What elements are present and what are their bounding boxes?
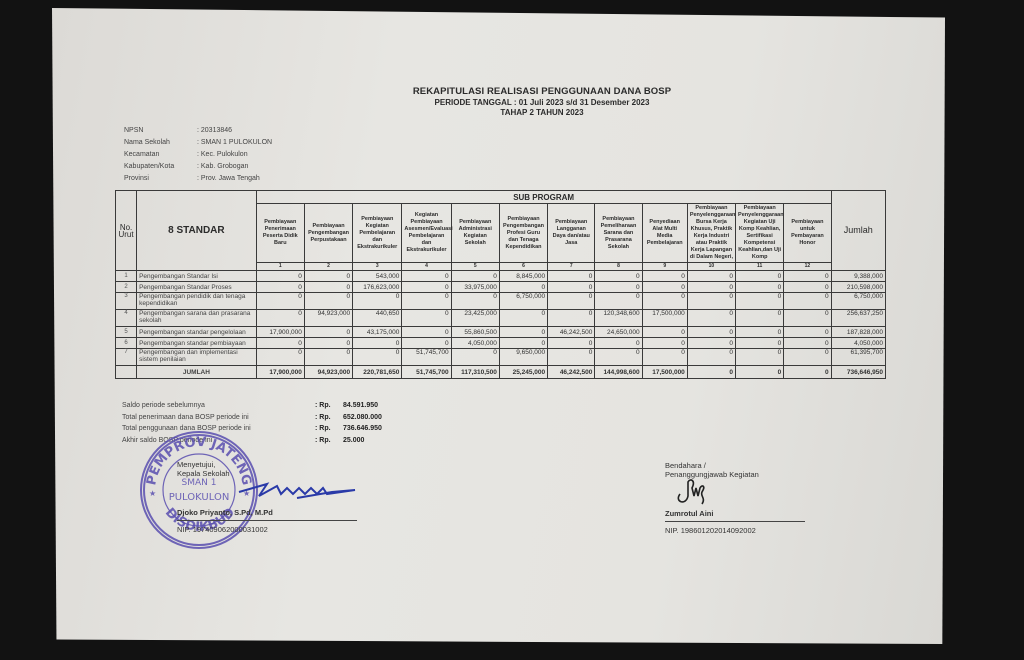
cell-value: 0	[256, 310, 304, 327]
column-total: 17,900,000	[256, 366, 304, 379]
info-value: : Prov. Jawa Tengah	[197, 173, 260, 185]
cell-value: 0	[595, 271, 642, 282]
summary-row: Saldo periode sebelumnya: Rp.84.591.950	[122, 400, 382, 412]
document: REKAPITULASI REALISASI PENGGUNAAN DANA B…	[52, 8, 945, 644]
cell-value: 0	[736, 271, 784, 282]
cell-value: 0	[642, 293, 687, 310]
cell-value: 0	[256, 282, 304, 293]
grand-total: 736,646,950	[831, 366, 885, 379]
cell-value: 0	[736, 349, 784, 366]
cell-value: 0	[687, 349, 735, 366]
column-header-total: Jumlah	[831, 191, 885, 271]
cell-value: 0	[402, 282, 451, 293]
cell-value: 0	[548, 349, 595, 366]
svg-text:★: ★	[149, 489, 156, 498]
school-info: NPSN: 20313846Nama Sekolah: SMAN 1 PULOK…	[124, 125, 272, 185]
cell-value: 0	[353, 293, 402, 310]
cell-value: 0	[784, 293, 831, 310]
cell-value: 0	[353, 338, 402, 349]
table-row: 7Pengembangan dan implementasi sistem pe…	[116, 349, 886, 366]
row-total: 61,395,700	[831, 349, 885, 366]
row-number: 5	[116, 327, 137, 338]
cell-value: 176,623,000	[353, 282, 402, 293]
row-total: 210,598,000	[831, 282, 885, 293]
column-number: 9	[642, 263, 687, 271]
column-number: 4	[402, 263, 451, 271]
row-number: 7	[116, 349, 137, 366]
principal-signature-icon	[237, 478, 357, 503]
table-row: 4Pengembangan sarana dan prasarana sekol…	[116, 310, 886, 327]
summary-amount: : Rp.25.000	[315, 435, 364, 447]
row-total: 6,750,000	[831, 293, 885, 310]
cell-value: 0	[642, 349, 687, 366]
info-row: Nama Sekolah: SMAN 1 PULOKULON	[124, 137, 272, 149]
standard-name: Pengembangan sarana dan prasarana sekola…	[137, 310, 257, 327]
cell-value: 0	[595, 293, 642, 310]
document-paper: REKAPITULASI REALISASI PENGGUNAAN DANA B…	[52, 8, 945, 644]
signature-line	[177, 520, 357, 521]
info-row: Kecamatan: Kec. Pulokulon	[124, 149, 272, 161]
column-number: 12	[784, 263, 831, 271]
cell-value: 23,425,000	[451, 310, 499, 327]
column-header: Pembiayaan untuk Pembayaran Honor	[784, 204, 831, 263]
cell-value: 0	[642, 282, 687, 293]
column-header: Pembiayaan Penyelenggaraan Kegiatan Uji …	[736, 204, 784, 263]
summary-amount: : Rp.652.080.000	[315, 412, 382, 424]
column-header: Pembiayaan Pemeliharaan Sarana dan Prasa…	[595, 204, 642, 263]
cell-value: 440,650	[353, 310, 402, 327]
cell-value: 43,175,000	[353, 327, 402, 338]
document-title-block: REKAPITULASI REALISASI PENGGUNAAN DANA B…	[352, 86, 732, 117]
treasurer-label: Bendahara /	[665, 461, 825, 470]
cell-value: 0	[402, 327, 451, 338]
column-header: Pembiayaan Kegiatan Pembelajaran dan Eks…	[353, 204, 402, 263]
table-row: 5Pengembangan standar pengelolaan17,900,…	[116, 327, 886, 338]
row-number: 2	[116, 282, 137, 293]
table-row: 2Pengembangan Standar Proses00176,623,00…	[116, 282, 886, 293]
column-total: 25,245,000	[499, 366, 547, 379]
cell-value: 0	[642, 327, 687, 338]
cell-value: 0	[548, 282, 595, 293]
column-number: 11	[736, 263, 784, 271]
header-row: No. Urut8 STANDARSUB PROGRAMJumlah	[116, 191, 886, 204]
standard-name: Pengembangan pendidik dan tenaga kependi…	[137, 293, 257, 310]
column-number: 2	[304, 263, 352, 271]
column-number: 3	[353, 263, 402, 271]
summary-value: 84.591.950	[343, 402, 378, 409]
currency-label: : Rp.	[315, 423, 343, 435]
cell-value: 0	[784, 327, 831, 338]
column-total: 117,310,500	[451, 366, 499, 379]
cell-value: 0	[256, 271, 304, 282]
cell-value: 0	[595, 349, 642, 366]
cell-value: 33,975,000	[451, 282, 499, 293]
column-header: Kegiatan Pembiayaan Asesmen/Evaluasi Pem…	[402, 204, 451, 263]
standard-name: Pengembangan standar pengelolaan	[137, 327, 257, 338]
cell-value: 0	[499, 327, 547, 338]
cell-value: 0	[642, 271, 687, 282]
row-total: 256,637,250	[831, 310, 885, 327]
cell-value: 0	[687, 271, 735, 282]
cell-value: 0	[687, 310, 735, 327]
cell-value: 0	[687, 282, 735, 293]
summary-label: Total penerimaan dana BOSP periode ini	[122, 412, 315, 424]
principal-title: Kepala Sekolah	[177, 469, 417, 478]
total-row: JUMLAH17,900,00094,923,000220,781,65051,…	[116, 366, 886, 379]
row-total: 187,828,000	[831, 327, 885, 338]
column-number: 5	[451, 263, 499, 271]
summary-amount: : Rp.736.646.950	[315, 423, 382, 435]
cell-value: 0	[304, 327, 352, 338]
column-total: 94,923,000	[304, 366, 352, 379]
column-header: Pembiayaan Pengembangan Perpustakaan	[304, 204, 352, 263]
cell-value: 8,845,000	[499, 271, 547, 282]
info-label: Kecamatan	[124, 149, 197, 161]
treasurer-name: Zumrotul Aini	[665, 509, 825, 518]
column-total: 144,998,600	[595, 366, 642, 379]
cell-value: 120,348,600	[595, 310, 642, 327]
cell-value: 0	[499, 282, 547, 293]
info-value: : Kec. Pulokulon	[197, 149, 248, 161]
cell-value: 4,050,000	[451, 338, 499, 349]
row-number: 4	[116, 310, 137, 327]
cell-value: 543,000	[353, 271, 402, 282]
info-value: : 20313846	[197, 125, 232, 137]
table-row: 3Pengembangan pendidik dan tenaga kepend…	[116, 293, 886, 310]
cell-value: 0	[642, 338, 687, 349]
cell-value: 0	[451, 293, 499, 310]
summary-amount: : Rp.84.591.950	[315, 400, 378, 412]
row-number: 3	[116, 293, 137, 310]
cell-value: 94,923,000	[304, 310, 352, 327]
total-row-spacer	[116, 366, 137, 379]
info-row: NPSN: 20313846	[124, 125, 272, 137]
cell-value: 0	[402, 338, 451, 349]
currency-label: : Rp.	[315, 400, 343, 412]
info-value: : SMAN 1 PULOKULON	[197, 137, 272, 149]
info-label: NPSN	[124, 125, 197, 137]
table-row: 1Pengembangan Standar Isi00543,000008,84…	[116, 271, 886, 282]
cell-value: 0	[304, 271, 352, 282]
cell-value: 55,860,500	[451, 327, 499, 338]
column-number: 7	[548, 263, 595, 271]
summary-label: Saldo periode sebelumnya	[122, 400, 315, 412]
summary-value: 736.646.950	[343, 425, 382, 432]
document-title: REKAPITULASI REALISASI PENGGUNAAN DANA B…	[352, 86, 732, 97]
cell-value: 0	[548, 271, 595, 282]
column-total: 0	[687, 366, 735, 379]
cell-value: 0	[402, 293, 451, 310]
principal-nip: NIP. 197409062000031002	[177, 525, 417, 534]
column-header: Pembiayaan Pengembangan Profesi Guru dan…	[499, 204, 547, 263]
principal-name: Djoko Priyanto, S.Pd, M.Pd	[177, 508, 417, 517]
column-header: Pembiayaan Langganan Daya dan/atau Jasa	[548, 204, 595, 263]
cell-value: 0	[353, 349, 402, 366]
column-total: 46,242,500	[548, 366, 595, 379]
cell-value: 0	[256, 349, 304, 366]
cell-value: 0	[736, 338, 784, 349]
column-total: 220,781,650	[353, 366, 402, 379]
cell-value: 0	[687, 293, 735, 310]
cell-value: 0	[595, 338, 642, 349]
treasurer-nip: NIP. 198601202014092002	[665, 526, 825, 535]
cell-value: 0	[736, 310, 784, 327]
sub-program-header: SUB PROGRAM	[256, 191, 831, 204]
column-header: Pembiayaan Penyelenggaraan Bursa Kerja K…	[687, 204, 735, 263]
cell-value: 0	[784, 349, 831, 366]
row-number: 6	[116, 338, 137, 349]
table-row: 6Pengembangan standar pembiayaan00004,05…	[116, 338, 886, 349]
cell-value: 0	[304, 349, 352, 366]
column-total: 0	[736, 366, 784, 379]
cell-value: 0	[687, 338, 735, 349]
standard-name: Pengembangan standar pembiayaan	[137, 338, 257, 349]
column-header-no: No. Urut	[116, 191, 137, 271]
column-header: Pembiayaan Penerimaan Peserta Didik Baru	[256, 204, 304, 263]
info-row: Kabupaten/Kota: Kab. Grobogan	[124, 161, 272, 173]
cell-value: 46,242,500	[548, 327, 595, 338]
currency-label: : Rp.	[315, 435, 343, 447]
cell-value: 0	[304, 338, 352, 349]
cell-value: 0	[304, 293, 352, 310]
row-total: 9,388,000	[831, 271, 885, 282]
column-number: 10	[687, 263, 735, 271]
standard-name: Pengembangan Standar Isi	[137, 271, 257, 282]
cell-value: 0	[548, 293, 595, 310]
recap-table: No. Urut8 STANDARSUB PROGRAMJumlahPembia…	[115, 190, 886, 379]
cell-value: 0	[736, 293, 784, 310]
cell-value: 0	[687, 327, 735, 338]
info-label: Kabupaten/Kota	[124, 161, 197, 173]
cell-value: 0	[784, 310, 831, 327]
cell-value: 0	[595, 282, 642, 293]
treasurer-signature-icon	[672, 476, 712, 508]
summary-value: 25.000	[343, 437, 364, 444]
column-total: 51,745,700	[402, 366, 451, 379]
cell-value: 6,750,000	[499, 293, 547, 310]
summary-row: Total penerimaan dana BOSP periode ini: …	[122, 412, 382, 424]
cell-value: 0	[784, 282, 831, 293]
document-period: PERIODE TANGGAL : 01 Juli 2023 s/d 31 De…	[352, 98, 732, 107]
signature-line	[665, 521, 805, 522]
cell-value: 0	[784, 271, 831, 282]
cell-value: 0	[736, 327, 784, 338]
cell-value: 0	[548, 310, 595, 327]
cell-value: 0	[304, 282, 352, 293]
approval-label: Menyetujui,	[177, 460, 417, 469]
summary-value: 652.080.000	[343, 414, 382, 421]
column-header-standard: 8 STANDAR	[137, 191, 257, 271]
info-value: : Kab. Grobogan	[197, 161, 248, 173]
row-number: 1	[116, 271, 137, 282]
document-stage: TAHAP 2 TAHUN 2023	[352, 108, 732, 117]
info-label: Nama Sekolah	[124, 137, 197, 149]
column-number: 8	[595, 263, 642, 271]
cell-value: 9,650,000	[499, 349, 547, 366]
info-row: Provinsi: Prov. Jawa Tengah	[124, 173, 272, 185]
cell-value: 0	[256, 338, 304, 349]
cell-value: 0	[499, 338, 547, 349]
cell-value: 0	[499, 310, 547, 327]
total-label: JUMLAH	[137, 366, 257, 379]
cell-value: 17,500,000	[642, 310, 687, 327]
info-label: Provinsi	[124, 173, 197, 185]
column-total: 17,500,000	[642, 366, 687, 379]
row-total: 4,050,000	[831, 338, 885, 349]
standard-name: Pengembangan Standar Proses	[137, 282, 257, 293]
cell-value: 0	[402, 310, 451, 327]
column-total: 0	[784, 366, 831, 379]
standard-name: Pengembangan dan implementasi sistem pen…	[137, 349, 257, 366]
cell-value: 17,900,000	[256, 327, 304, 338]
cell-value: 0	[784, 338, 831, 349]
cell-value: 0	[256, 293, 304, 310]
cell-value: 51,745,700	[402, 349, 451, 366]
cell-value: 0	[548, 338, 595, 349]
currency-label: : Rp.	[315, 412, 343, 424]
column-header: Penyediaan Alat Multi Media Pembelajaran	[642, 204, 687, 263]
cell-value: 0	[402, 271, 451, 282]
cell-value: 0	[451, 349, 499, 366]
column-header: Pembiayaan Administrasi Kegiatan Sekolah	[451, 204, 499, 263]
cell-value: 0	[451, 271, 499, 282]
cell-value: 24,650,000	[595, 327, 642, 338]
column-number: 6	[499, 263, 547, 271]
cell-value: 0	[736, 282, 784, 293]
column-number: 1	[256, 263, 304, 271]
